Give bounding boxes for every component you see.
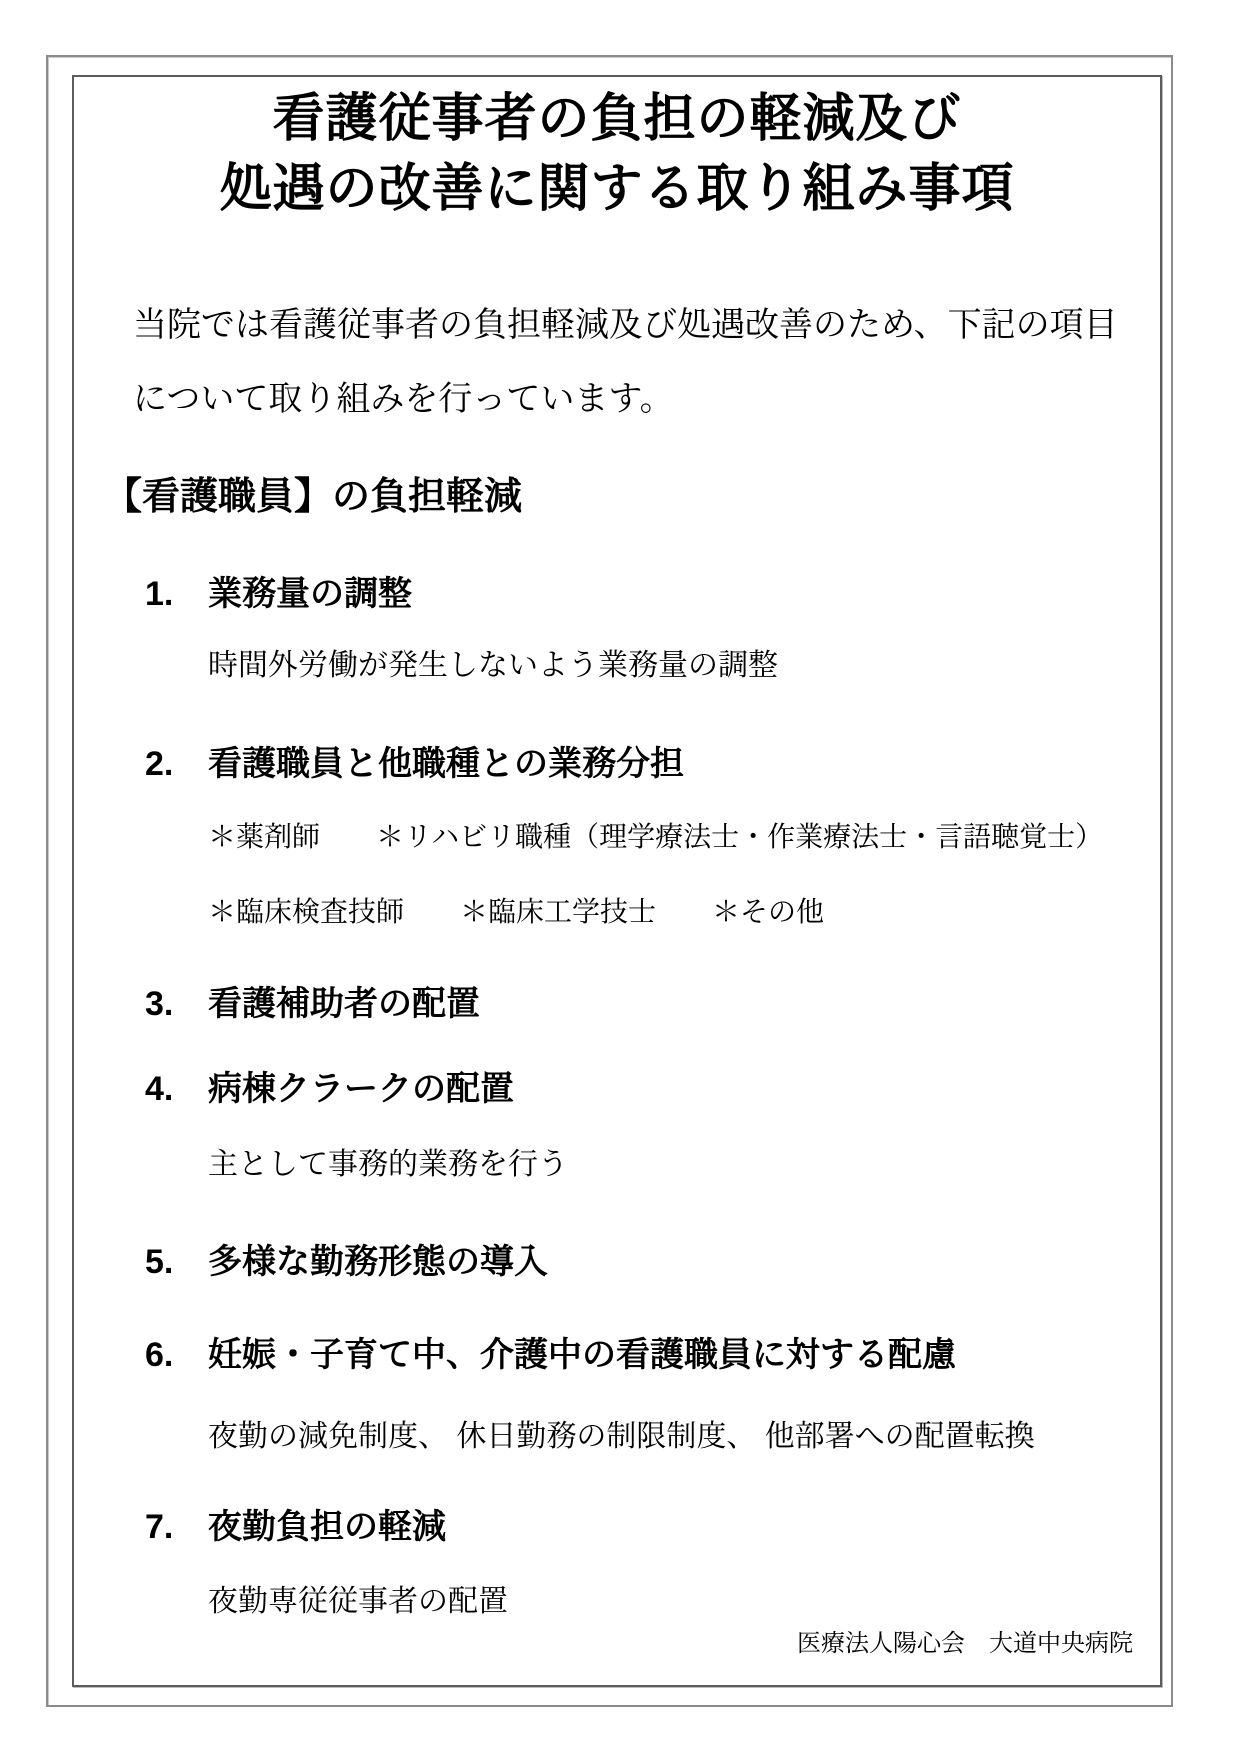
- section-heading: 【看護職員】の負担軽減: [104, 476, 522, 520]
- list-item-1: 1.業務量の調整: [145, 575, 412, 614]
- page-title-line1: 看護従事者の負担の軽減及び: [72, 84, 1162, 154]
- list-item-5-title: 多様な勤務形態の導入: [208, 1243, 548, 1281]
- document-page: 看護従事者の負担の軽減及び 処遇の改善に関する取り組み事項 当院では看護従事者の…: [0, 0, 1241, 1754]
- intro-paragraph: 当院では看護従事者の負担軽減及び処遇改善のため、下記の項目 について取り組みを行…: [133, 288, 1118, 436]
- list-item-3-number: 3.: [145, 985, 208, 1024]
- list-item-2-detail-1: ＊薬剤師 ＊リハビリ職種（理学療法士・作業療法士・言語聴覚士）: [208, 821, 1103, 853]
- list-item-5-number: 5.: [145, 1243, 208, 1282]
- list-item-4-number: 4.: [145, 1070, 208, 1109]
- list-item-7-detail: 夜勤専従従事者の配置: [208, 1585, 508, 1620]
- list-item-6-detail: 夜勤の減免制度、 休日勤務の制限制度、 他部署への配置転換: [208, 1420, 1035, 1455]
- list-item-4: 4.病棟クラークの配置: [145, 1070, 514, 1109]
- list-item-1-detail: 時間外労働が発生しないよう業務量の調整: [208, 649, 778, 684]
- page-title-line2: 処遇の改善に関する取り組み事項: [72, 154, 1162, 224]
- list-item-5: 5.多様な勤務形態の導入: [145, 1243, 548, 1282]
- page-title: 看護従事者の負担の軽減及び 処遇の改善に関する取り組み事項: [72, 84, 1162, 224]
- list-item-2: 2.看護職員と他職種との業務分担: [145, 745, 684, 784]
- list-item-6-title: 妊娠・子育て中、介護中の看護職員に対する配慮: [208, 1336, 956, 1374]
- list-item-4-detail: 主として事務的業務を行う: [208, 1148, 568, 1183]
- list-item-1-title: 業務量の調整: [208, 575, 412, 613]
- list-item-7: 7.夜勤負担の軽減: [145, 1508, 446, 1547]
- list-item-6-number: 6.: [145, 1336, 208, 1375]
- intro-line2: について取り組みを行っています。: [133, 362, 1118, 436]
- list-item-3-title: 看護補助者の配置: [208, 985, 480, 1023]
- hospital-signature: 医療法人陽心会 大道中央病院: [797, 1630, 1133, 1659]
- list-item-1-number: 1.: [145, 575, 208, 614]
- list-item-2-title: 看護職員と他職種との業務分担: [208, 745, 684, 783]
- list-item-6: 6.妊娠・子育て中、介護中の看護職員に対する配慮: [145, 1336, 956, 1375]
- list-item-7-number: 7.: [145, 1508, 208, 1547]
- list-item-7-title: 夜勤負担の軽減: [208, 1508, 446, 1546]
- list-item-4-title: 病棟クラークの配置: [208, 1070, 514, 1108]
- list-item-2-detail-2: ＊臨床検査技師 ＊臨床工学技士 ＊その他: [208, 896, 824, 928]
- list-item-3: 3.看護補助者の配置: [145, 985, 480, 1024]
- intro-line1: 当院では看護従事者の負担軽減及び処遇改善のため、下記の項目: [133, 288, 1118, 362]
- list-item-2-number: 2.: [145, 745, 208, 784]
